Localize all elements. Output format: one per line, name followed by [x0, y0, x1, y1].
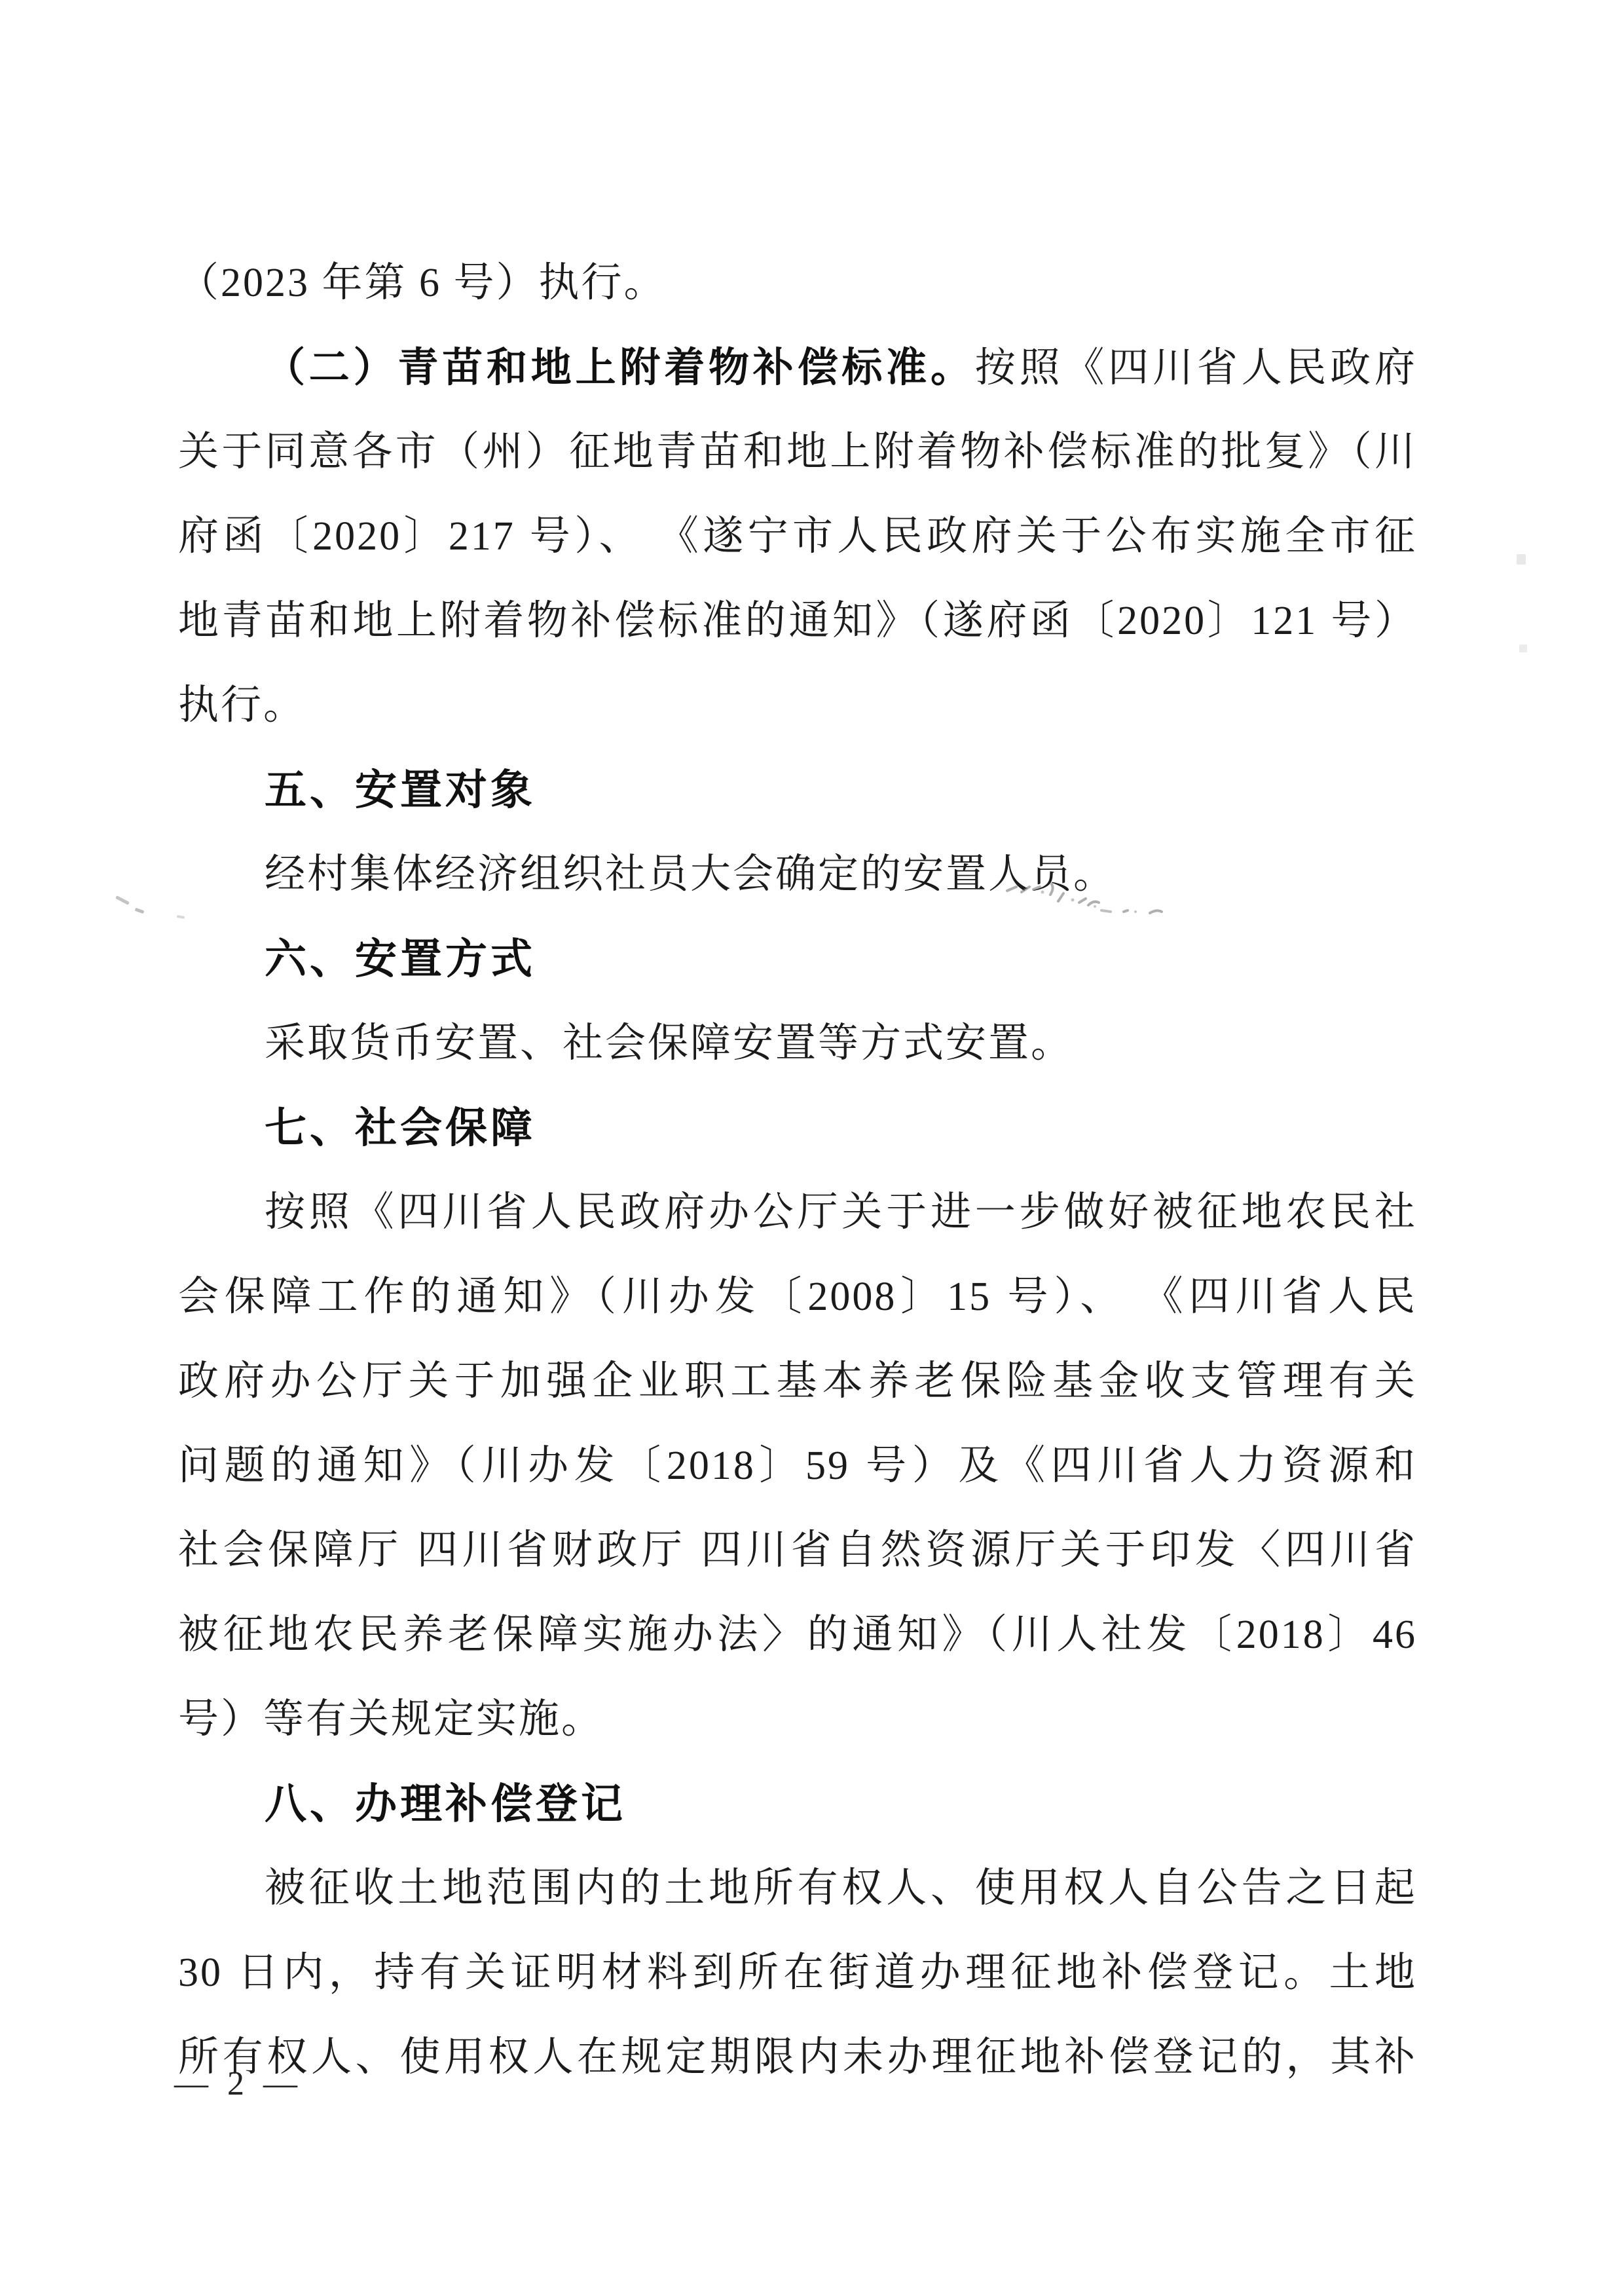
body-line: 政府办公厅关于加强企业职工基本养老保险基金收支管理有关 — [178, 1339, 1417, 1424]
body-line: 关于同意各市（州）征地青苗和地上附着物补偿标准的批复》（川 — [178, 410, 1417, 494]
body-line: 30 日内，持有关证明材料到所在街道办理征地补偿登记。土地 — [178, 1931, 1417, 2015]
body-line: （2023 年第 6 号）执行。 — [178, 241, 1417, 326]
body-line: 被征收土地范围内的土地所有权人、使用权人自公告之日起 — [178, 1846, 1417, 1931]
body-line: 社会保障厅 四川省财政厅 四川省自然资源厅关于印发〈四川省 — [178, 1508, 1417, 1593]
body-line: 采取货币安置、社会保障安置等方式安置。 — [178, 1001, 1417, 1086]
section-heading-7: 七、社会保障 — [178, 1086, 1417, 1170]
body-line: 府函〔2020〕217 号）、 《遂宁市人民政府关于公布实施全市征 — [178, 494, 1417, 579]
body-line: 执行。 — [178, 663, 1417, 748]
body-line: 按照《四川省人民政府办公厅关于进一步做好被征地农民社 — [178, 1170, 1417, 1255]
body-line: 被征地农民养老保障实施办法〉的通知》（川人社发〔2018〕46 — [178, 1593, 1417, 1677]
body-line-text: 按照《四川省人民政府 — [975, 346, 1417, 390]
scan-speck — [1519, 644, 1527, 652]
scan-speck — [135, 908, 145, 914]
body-line: 问题的通知》（川办发〔2018〕59 号）及《四川省人力资源和 — [178, 1424, 1417, 1508]
document-page: （2023 年第 6 号）执行。 （二）青苗和地上附着物补偿标准。按照《四川省人… — [0, 0, 1624, 2295]
section-heading-8: 八、办理补偿登记 — [178, 1762, 1417, 1846]
body-line: 会保障工作的通知》（川办发〔2008〕15 号）、 《四川省人民 — [178, 1255, 1417, 1339]
scan-speck — [115, 895, 130, 905]
body-line: 所有权人、使用权人在规定期限内未办理征地补偿登记的，其补 — [178, 2015, 1417, 2100]
page-number: — 2 — — [174, 2064, 303, 2104]
body-line: 号）等有关规定实施。 — [178, 1677, 1417, 1762]
document-body: （2023 年第 6 号）执行。 （二）青苗和地上附着物补偿标准。按照《四川省人… — [178, 241, 1417, 2100]
body-line: 经村集体经济组织社员大会确定的安置人员。 — [178, 832, 1417, 917]
body-line: （二）青苗和地上附着物补偿标准。按照《四川省人民政府 — [178, 326, 1417, 410]
scan-speck — [1517, 554, 1526, 565]
section-heading-5: 五、安置对象 — [178, 748, 1417, 832]
bold-run-subheading: （二）青苗和地上附着物补偿标准。 — [265, 345, 975, 390]
section-heading-6: 六、安置方式 — [178, 917, 1417, 1001]
body-line: 地青苗和地上附着物补偿标准的通知》（遂府函〔2020〕121 号） — [178, 579, 1417, 663]
